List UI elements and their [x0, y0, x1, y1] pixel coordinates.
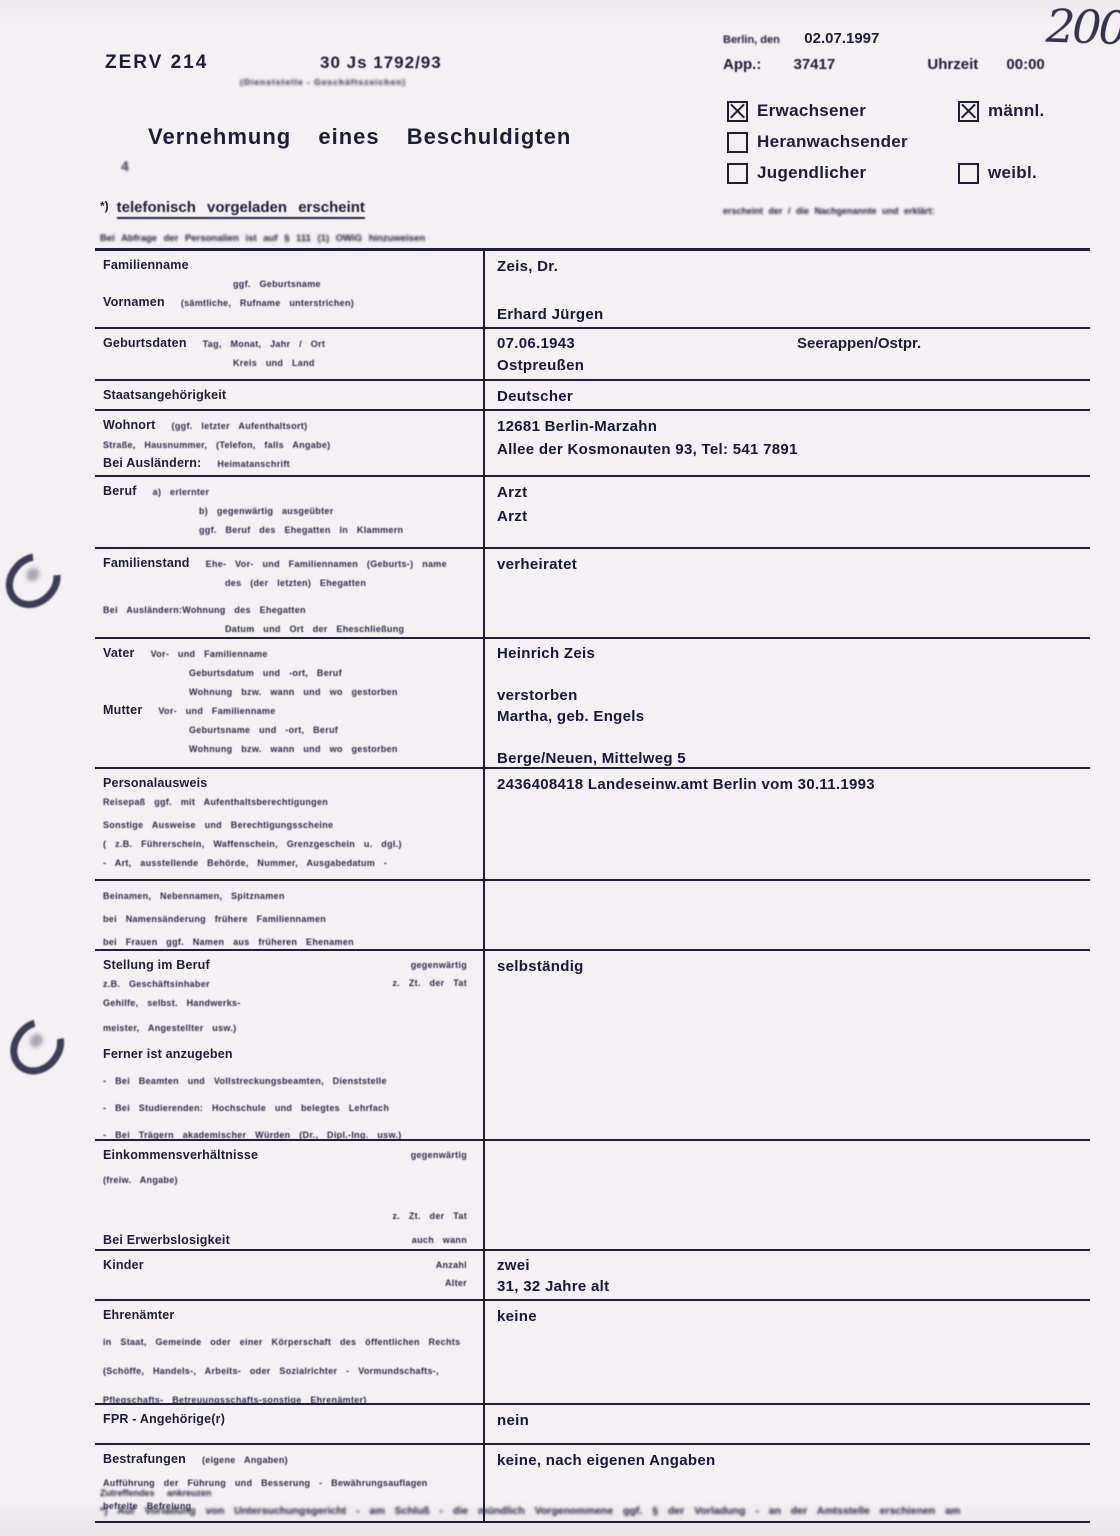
field-label-cell: FPR - Angehörige(r) [95, 1405, 483, 1443]
form-row-name: Familiennameggf. GeburtsnameVornamen(säm… [95, 251, 1090, 329]
field-label-cell: PersonalausweisReisepaß ggf. mit Aufenth… [95, 769, 483, 879]
field-value-cell: 2436408418 Landeseinw.amt Berlin vom 30.… [483, 769, 1090, 879]
field-label: Bei Ausländern: [103, 456, 201, 470]
field-label: (eigene Angaben) [202, 1455, 288, 1465]
field-label-cell: Wohnort(ggf. letzter Aufenthaltsort)Stra… [95, 411, 483, 475]
checkbox-group-sex: männl.weibl. [958, 100, 1045, 193]
field-value: keine, nach eigenen Angaben [497, 1452, 715, 1469]
city-date-label: Berlin, den [723, 34, 780, 46]
telefonisch-line: *)telefonisch vorgeladen erscheint [100, 199, 365, 217]
field-value: nein [497, 1412, 529, 1429]
field-value: 31, 32 Jahre alt [497, 1278, 609, 1295]
page-title: Vernehmung eines Beschuldigten [148, 124, 571, 150]
stray-mark: 4 [121, 158, 129, 174]
field-label: Wohnung bzw. wann und wo gestorben [189, 687, 398, 697]
field-value: Deutscher [497, 388, 573, 405]
field-value-cell: Heinrich Zeis verstorbenMartha, geb. Eng… [483, 639, 1090, 767]
field-value-cell: 07.06.1943Seerappen/Ostpr.Ostpreußen [483, 329, 1090, 379]
hole-punch-mark [0, 1009, 73, 1085]
field-label: ( z.B. Führerschein, Waffenschein, Grenz… [103, 839, 402, 849]
checked-checkbox-icon [958, 101, 979, 122]
field-label: (Schöffe, Handels-, Arbeits- oder Sozial… [103, 1366, 439, 1376]
field-label: bei Namensänderung frühere Familiennamen [103, 914, 326, 924]
field-label: z.B. Geschäftsinhaber [103, 979, 210, 989]
field-value: Martha, geb. Engels [497, 708, 644, 725]
handwritten-page-number: 200 [1045, 0, 1120, 55]
field-value: Erhard Jürgen [497, 306, 603, 323]
field-value: Arzt [497, 484, 527, 501]
field-value: Arzt [497, 508, 527, 525]
field-label: FPR - Angehörige(r) [103, 1412, 225, 1426]
field-label: Beruf [103, 484, 137, 498]
field-label: in Staat, Gemeinde oder einer Körperscha… [103, 1337, 460, 1347]
field-label: Sonstige Ausweise und Berechtigungsschei… [103, 820, 333, 830]
field-label-cell: GeburtsdatenTag, Monat, Jahr / OrtKreis … [95, 329, 483, 379]
field-label: Vor- und Familienname [158, 706, 275, 716]
field-label-cell: Einkommensverhältnissegegenwärtig(freiw.… [95, 1141, 483, 1249]
personalien-note: Bei Abfrage der Personalien ist auf § 11… [100, 233, 425, 244]
form-row-stellung: Stellung im Berufgegenwärtigz.B. Geschäf… [95, 951, 1090, 1141]
field-label: a) erlernter [153, 487, 210, 497]
field-value: Berge/Neuen, Mittelweg 5 [497, 750, 686, 767]
app-time-line: App.: 37417 Uhrzeit 00:00 [723, 56, 1045, 73]
field-label: - Bei Beamten und Vollstreckungsbeamten,… [103, 1076, 387, 1086]
footer-check-note: Zutreffendes ankreuzen [100, 1488, 212, 1498]
field-label: Familienstand [103, 556, 190, 570]
field-value: 07.06.1943 [497, 335, 575, 352]
field-label: Beinamen, Nebennamen, Spitznamen [103, 891, 285, 901]
field-label: - Bei Trägern akademischer Würden (Dr., … [103, 1130, 402, 1139]
field-sublabel-right: Alter [445, 1274, 467, 1292]
checkbox-label: Jugendlicher [757, 163, 866, 183]
field-value: zwei [497, 1257, 530, 1274]
field-label-cell: VaterVor- und FamiliennameGeburtsdatum u… [95, 639, 483, 767]
field-label: Ferner ist anzugeben [103, 1047, 233, 1061]
field-value-cell: Deutscher [483, 381, 1090, 409]
checkbox-label: weibl. [988, 163, 1037, 183]
field-label: Stellung im Beruf [103, 958, 210, 972]
form-row-spitznamen: Beinamen, Nebennamen, Spitznamenbei Name… [95, 881, 1090, 951]
unchecked-checkbox-icon [727, 163, 748, 184]
field-label: bei Frauen ggf. Namen aus früheren Ehena… [103, 937, 354, 947]
field-label: Vornamen [103, 295, 165, 309]
field-label: Straße, Hausnummer, (Telefon, falls Anga… [103, 440, 330, 450]
field-label: Familienname [103, 258, 189, 272]
field-label: - Bei Studierenden: Hochschule und beleg… [103, 1103, 389, 1113]
field-value: Ostpreußen [497, 357, 584, 374]
field-sublabel-right: gegenwärtig [411, 1146, 467, 1164]
field-label: Mutter [103, 703, 142, 717]
field-value: Heinrich Zeis [497, 645, 595, 662]
checkbox-weibl: weibl. [958, 162, 1045, 184]
form-row-eltern: VaterVor- und FamiliennameGeburtsdatum u… [95, 639, 1090, 769]
time-label: Uhrzeit [927, 56, 978, 73]
time-value: 00:00 [1006, 56, 1044, 73]
field-label: Personalausweis [103, 776, 207, 790]
field-label: Bei Ausländern: [103, 605, 182, 615]
field-label: Geburtsdaten [103, 336, 187, 350]
field-value [497, 729, 501, 746]
field-sublabel-right: gegenwärtig [411, 956, 467, 974]
field-value-cell: Zeis, Dr. Erhard Jürgen [483, 251, 1090, 327]
field-label: Kinder [103, 1258, 144, 1272]
field-value: 12681 Berlin-Marzahn [497, 418, 657, 435]
field-label: (freiw. Angabe) [103, 1175, 178, 1185]
field-value-cell: zwei31, 32 Jahre alt [483, 1251, 1090, 1299]
field-label: Aufführung der Führung und Besserung - B… [103, 1478, 428, 1488]
field-label: ggf. Geburtsname [233, 279, 321, 289]
field-value: keine [497, 1308, 537, 1325]
field-label: (sämtliche, Rufname unterstrichen) [181, 298, 354, 308]
app-number: 37417 [794, 56, 836, 73]
field-label-cell: Beinamen, Nebennamen, Spitznamenbei Name… [95, 881, 483, 949]
checkbox-männl: männl. [958, 100, 1045, 122]
field-label: Staatsangehörigkeit [103, 388, 226, 402]
field-sublabel-right: auch wann [412, 1231, 467, 1249]
field-label: meister, Angestellter usw.) [103, 1023, 236, 1033]
field-label: des (der letzten) Ehegatten [225, 578, 366, 588]
field-value: Zeis, Dr. [497, 258, 558, 275]
form-row-beruf: Berufa) erlernterb) gegenwärtig ausgeübt… [95, 477, 1090, 549]
checkbox-group-age: ErwachsenerHeranwachsenderJugendlicher [727, 100, 908, 193]
unchecked-checkbox-icon [727, 132, 748, 153]
field-value-right: Seerappen/Ostpr. [797, 333, 921, 355]
field-label: Wohnung bzw. wann und wo gestorben [189, 744, 398, 754]
form-row-ehrenaemter: Ehrenämterin Staat, Gemeinde oder einer … [95, 1301, 1090, 1405]
field-value [497, 666, 501, 683]
field-label-cell: Ehrenämterin Staat, Gemeinde oder einer … [95, 1301, 483, 1403]
field-value-cell: verheiratet [483, 549, 1090, 637]
hole-punch-mark [0, 543, 71, 619]
checkbox-heranwachsender: Heranwachsender [727, 131, 908, 153]
form-row-familienstand: FamilienstandEhe- Vor- und Familiennamen… [95, 549, 1090, 639]
city-date-line: Berlin, den 02.07.1997 [723, 30, 879, 48]
field-value-cell [483, 881, 1090, 949]
field-label: Geburtsdatum und -ort, Beruf [189, 668, 342, 678]
field-label: Tag, Monat, Jahr / Ort [203, 339, 325, 349]
field-value [497, 282, 501, 299]
date-value: 02.07.1997 [804, 30, 879, 47]
case-number: 30 Js 1792/93 [320, 53, 442, 73]
app-label: App.: [723, 56, 761, 73]
field-label: Datum und Ort der Eheschließung [225, 624, 404, 634]
field-sublabel-right: z. Zt. der Tat [392, 1207, 467, 1225]
field-label: Pflegschafts- Betreuungsschafts-sonstige… [103, 1395, 367, 1403]
field-label: (ggf. letzter Aufenthaltsort) [172, 421, 308, 431]
checked-checkbox-icon [727, 101, 748, 122]
field-value-cell [483, 1141, 1090, 1249]
field-label: Gehilfe, selbst. Handwerks- [103, 998, 241, 1008]
field-label: Vater [103, 646, 135, 660]
field-value: selbständig [497, 958, 584, 975]
field-label: Kreis und Land [233, 358, 315, 368]
form-row-fpr: FPR - Angehörige(r)nein [95, 1405, 1090, 1445]
field-label: Wohnort [103, 418, 156, 432]
field-value-cell: keine [483, 1301, 1090, 1403]
field-value: Allee der Kosmonauten 93, Tel: 541 7891 [497, 441, 798, 458]
field-label: Wohnung des Ehegatten [182, 605, 306, 615]
field-label: Einkommensverhältnisse [103, 1148, 258, 1162]
field-label: Vor- und Familienname [151, 649, 268, 659]
checkbox-label: männl. [988, 101, 1045, 121]
field-value-cell: nein [483, 1405, 1090, 1443]
field-label: - Art, ausstellende Behörde, Nummer, Aus… [103, 858, 387, 868]
field-label: Bestrafungen [103, 1452, 186, 1466]
field-label: Reisepaß ggf. mit Aufenthaltsberechtigun… [103, 797, 328, 807]
telefonisch-text: telefonisch vorgeladen erscheint [117, 199, 365, 219]
field-sublabel-right: Anzahl [436, 1256, 467, 1274]
field-value-cell: ArztArzt [483, 477, 1090, 547]
field-label-cell: KinderAnzahlAlter [95, 1251, 483, 1299]
field-label: Geburtsname und -ort, Beruf [189, 725, 338, 735]
field-label: Ehe- Vor- und Familiennamen (Geburts-) n… [206, 559, 447, 569]
field-label-cell: FamilienstandEhe- Vor- und Familiennamen… [95, 549, 483, 637]
unchecked-checkbox-icon [958, 163, 979, 184]
form-code: ZERV 214 [105, 52, 208, 74]
field-value: 2436408418 Landeseinw.amt Berlin vom 30.… [497, 776, 875, 793]
form-row-personalausweis: PersonalausweisReisepaß ggf. mit Aufenth… [95, 769, 1090, 881]
field-label-cell: Familiennameggf. GeburtsnameVornamen(säm… [95, 251, 483, 327]
form-row-wohnort: Wohnort(ggf. letzter Aufenthaltsort)Stra… [95, 411, 1090, 477]
checkbox-jugendlicher: Jugendlicher [727, 162, 908, 184]
field-sublabel-right: z. Zt. der Tat [392, 974, 467, 992]
checkbox-label: Erwachsener [757, 101, 866, 121]
field-label: Bei Erwerbslosigkeit [103, 1233, 230, 1247]
field-label: Heimatanschrift [217, 459, 290, 469]
checkbox-label: Heranwachsender [757, 132, 908, 152]
field-value-cell: selbständig [483, 951, 1090, 1139]
form-row-staatsangehoerigkeit: StaatsangehörigkeitDeutscher [95, 381, 1090, 411]
checkbox-erwachsener: Erwachsener [727, 100, 908, 122]
field-value: verstorben [497, 687, 578, 704]
field-value-cell: 12681 Berlin-MarzahnAllee der Kosmonaute… [483, 411, 1090, 475]
field-label: ggf. Beruf des Ehegatten in Klammern [199, 525, 403, 535]
form-row-einkommen: Einkommensverhältnissegegenwärtig(freiw.… [95, 1141, 1090, 1251]
form-row-geburtsdaten: GeburtsdatenTag, Monat, Jahr / OrtKreis … [95, 329, 1090, 381]
appears-line: erscheint der / die Nachgenannte und erk… [723, 206, 935, 216]
field-value: verheiratet [497, 556, 577, 573]
footer-footnote: *) Auf Vorladung von Untersuchungsgerich… [100, 1505, 1065, 1517]
field-label: b) gegenwärtig ausgeübter [199, 506, 334, 516]
field-label: Ehrenämter [103, 1308, 174, 1322]
field-label-cell: Berufa) erlernterb) gegenwärtig ausgeübt… [95, 477, 483, 547]
personalien-table: Familiennameggf. GeburtsnameVornamen(säm… [95, 248, 1090, 1523]
form-code-note: (Dienststelle - Geschäftszeichen) [240, 77, 406, 87]
form-row-kinder: KinderAnzahlAlterzwei31, 32 Jahre alt [95, 1251, 1090, 1301]
field-label-cell: Stellung im Berufgegenwärtigz.B. Geschäf… [95, 951, 483, 1139]
field-label-cell: Staatsangehörigkeit [95, 381, 483, 409]
footnote-marker: *) [100, 199, 109, 213]
